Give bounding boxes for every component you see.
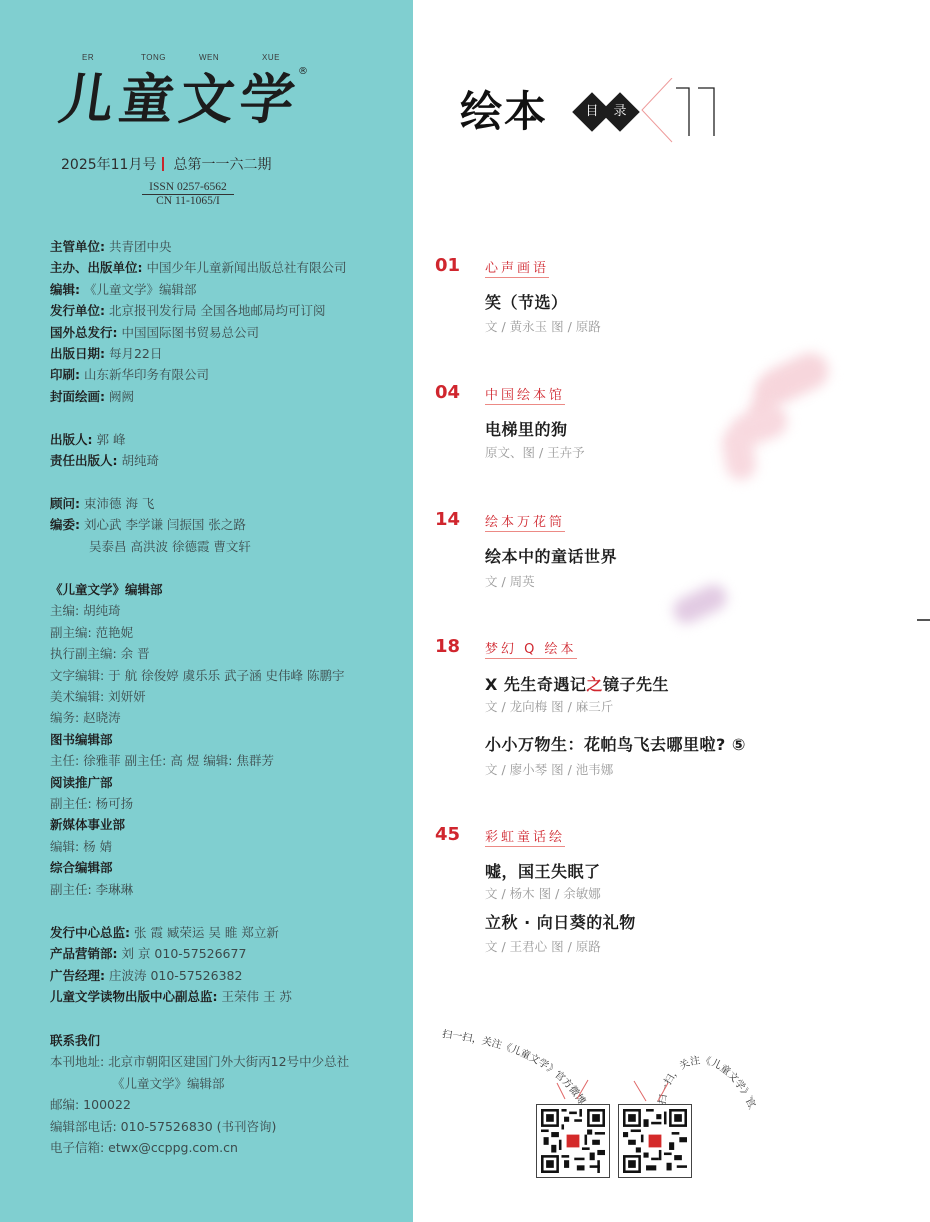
info-row: 出版人: 郭 峰	[50, 429, 159, 450]
info-row: 出版日期: 每月22日	[50, 343, 346, 364]
email[interactable]: 电子信箱: etwx@ccppg.com.cn	[50, 1137, 349, 1158]
info-row: 副主任: 杨可扬	[50, 793, 345, 814]
publisher-persons: 出版人: 郭 峰 责任出版人: 胡纯琦	[50, 429, 159, 472]
badge-lu: 录	[606, 102, 634, 122]
info-row: 吴泰昌 高洪波 徐德霞 曹文轩	[50, 536, 251, 557]
pinyin-er: ER	[82, 53, 94, 62]
info-row: 编委: 刘心武 李学谦 闫振国 张之路	[50, 514, 251, 535]
weibo-qr-code[interactable]	[536, 1104, 610, 1178]
info-row: 副主任: 李琳琳	[50, 879, 345, 900]
pinyin-xue: XUE	[262, 53, 280, 62]
editorial-department: 《儿童文学》编辑部 主编: 胡纯琦 副主编: 范艳妮 执行副主编: 余 晋 文字…	[50, 579, 345, 900]
section-page-number: 14	[435, 509, 460, 530]
article-title[interactable]: 笑（节选）	[485, 290, 568, 313]
article-title[interactable]: 小小万物生：花帕鸟飞去哪里啦? ⑤	[485, 732, 746, 755]
section-label[interactable]: 中国绘本馆	[485, 384, 565, 405]
issue-date: 2025年11月号	[61, 157, 156, 173]
distribution-info: 发行中心总监: 张 霞 臧荣运 吴 睢 郑立新 产品营销部: 刘 京 010-5…	[50, 922, 292, 1008]
section-label[interactable]: 心声画语	[485, 257, 549, 278]
info-row: 编辑: 杨 婧	[50, 836, 345, 857]
qr-code-icon	[541, 1109, 605, 1173]
info-row: 编务: 赵晓涛	[50, 707, 345, 728]
address: 本刊地址: 北京市朝阳区建国门外大街丙12号中少总社	[50, 1051, 349, 1072]
section-page-number: 18	[435, 636, 460, 657]
info-row: 发行中心总监: 张 霞 臧荣运 吴 睢 郑立新	[50, 922, 292, 943]
publisher-info: 主管单位: 共青团中央 主办、出版单位: 中国少年儿童新闻出版总社有限公司 编辑…	[50, 236, 346, 407]
section-page-number: 01	[435, 255, 460, 276]
issue-divider	[162, 157, 164, 171]
article-title[interactable]: 电梯里的狗	[485, 417, 568, 440]
masthead-panel: ER TONG WEN XUE 儿童文学 ® 2025年11月号总第一一六二期 …	[0, 0, 413, 1222]
info-row: 印刷: 山东新华印务有限公司	[50, 364, 346, 385]
contact-heading: 联系我们	[50, 1030, 349, 1051]
info-row: 儿童文学读物出版中心副总监: 王荣伟 王 苏	[50, 986, 292, 1007]
toc-title: 绘本	[460, 86, 548, 138]
article-credit: 原文、图 / 王卉予	[485, 443, 585, 461]
department-heading: 图书编辑部	[50, 729, 345, 750]
department-heading: 新媒体事业部	[50, 814, 345, 835]
address-cont: 《儿童文学》编辑部	[50, 1073, 349, 1094]
article-credit: 文 / 黄永玉 图 / 原路	[485, 317, 601, 335]
info-row: 主编: 胡纯琦	[50, 600, 345, 621]
info-row: 主办、出版单位: 中国少年儿童新闻出版总社有限公司	[50, 257, 346, 278]
chevron-bracket-icon	[640, 78, 720, 144]
issue-line: 2025年11月号总第一一六二期	[61, 154, 271, 174]
magazine-logo: 儿童文学	[56, 72, 304, 126]
article-credit: 文 / 龙向梅 图 / 麻三斤	[485, 697, 613, 715]
section-label[interactable]: 彩虹童话绘	[485, 826, 565, 847]
advisors-board: 顾问: 束沛德 海 飞 编委: 刘心武 李学谦 闫振国 张之路 吴泰昌 高洪波 …	[50, 493, 251, 557]
info-row: 美术编辑: 刘妍妍	[50, 686, 345, 707]
info-row: 产品营销部: 刘 京 010-57526677	[50, 943, 292, 964]
cn-number: CN 11-1065/I	[142, 195, 234, 208]
edge-crop-mark	[917, 619, 930, 621]
issn-block: ISSN 0257-6562 CN 11-1065/I	[142, 181, 234, 208]
section-page-number: 45	[435, 824, 460, 845]
info-row: 发行单位: 北京报刊发行局 全国各地邮局均可订阅	[50, 300, 346, 321]
info-row: 副主编: 范艳妮	[50, 622, 345, 643]
pinyin-tong: TONG	[141, 53, 166, 62]
article-title[interactable]: X 先生奇遇记之镜子先生	[485, 672, 669, 695]
contact-info: 联系我们 本刊地址: 北京市朝阳区建国门外大街丙12号中少总社 《儿童文学》编辑…	[50, 1030, 349, 1158]
article-credit: 文 / 周英	[485, 572, 535, 590]
info-row: 国外总发行: 中国国际图书贸易总公司	[50, 322, 346, 343]
info-row: 主任: 徐雅菲 副主任: 高 煜 编辑: 焦群芳	[50, 750, 345, 771]
info-row: 顾问: 束沛德 海 飞	[50, 493, 251, 514]
info-row: 编辑: 《儿童文学》编辑部	[50, 279, 346, 300]
section-label[interactable]: 梦幻 Q 绘本	[485, 638, 577, 659]
editorial-heading: 《儿童文学》编辑部	[50, 579, 345, 600]
article-credit: 文 / 廖小琴 图 / 池韦娜	[485, 760, 613, 778]
pinyin-wen: WEN	[199, 53, 219, 62]
qr-captions: 扫一扫，关注《儿童文学》官方微博 扫一扫，关注《儿童文学》官方微信	[430, 1025, 770, 1110]
article-title[interactable]: 绘本中的童话世界	[485, 544, 617, 567]
info-row: 封面绘画: 阙阙	[50, 386, 346, 407]
postcode: 邮编: 100022	[50, 1094, 349, 1115]
article-credit: 文 / 王君心 图 / 原路	[485, 937, 601, 955]
article-title[interactable]: 立秋 · 向日葵的礼物	[485, 910, 636, 933]
phone: 编辑部电话: 010-57526830 (书刊咨询)	[50, 1116, 349, 1137]
article-title[interactable]: 嘘，国王失眠了	[485, 859, 601, 882]
wechat-qr-code[interactable]	[618, 1104, 692, 1178]
section-page-number: 04	[435, 382, 460, 403]
decorative-blob	[669, 580, 731, 627]
registered-mark: ®	[298, 66, 308, 77]
info-row: 责任出版人: 胡纯琦	[50, 450, 159, 471]
qr-code-icon	[623, 1109, 687, 1173]
department-heading: 综合编辑部	[50, 857, 345, 878]
total-issue: 总第一一六二期	[173, 157, 271, 173]
info-row: 执行副主编: 余 晋	[50, 643, 345, 664]
info-row: 广告经理: 庄波涛 010-57526382	[50, 965, 292, 986]
svg-text:扫一扫，关注《儿童文学》官方微博: 扫一扫，关注《儿童文学》官方微博	[442, 1027, 589, 1107]
issn-number: ISSN 0257-6562	[142, 181, 234, 195]
department-heading: 阅读推广部	[50, 772, 345, 793]
section-label[interactable]: 绘本万花筒	[485, 511, 565, 532]
article-credit: 文 / 杨木 图 / 余敏娜	[485, 884, 601, 902]
info-row: 文字编辑: 于 航 徐俊婷 虞乐乐 武子涵 史伟峰 陈鹏宇	[50, 665, 345, 686]
info-row: 主管单位: 共青团中央	[50, 236, 346, 257]
